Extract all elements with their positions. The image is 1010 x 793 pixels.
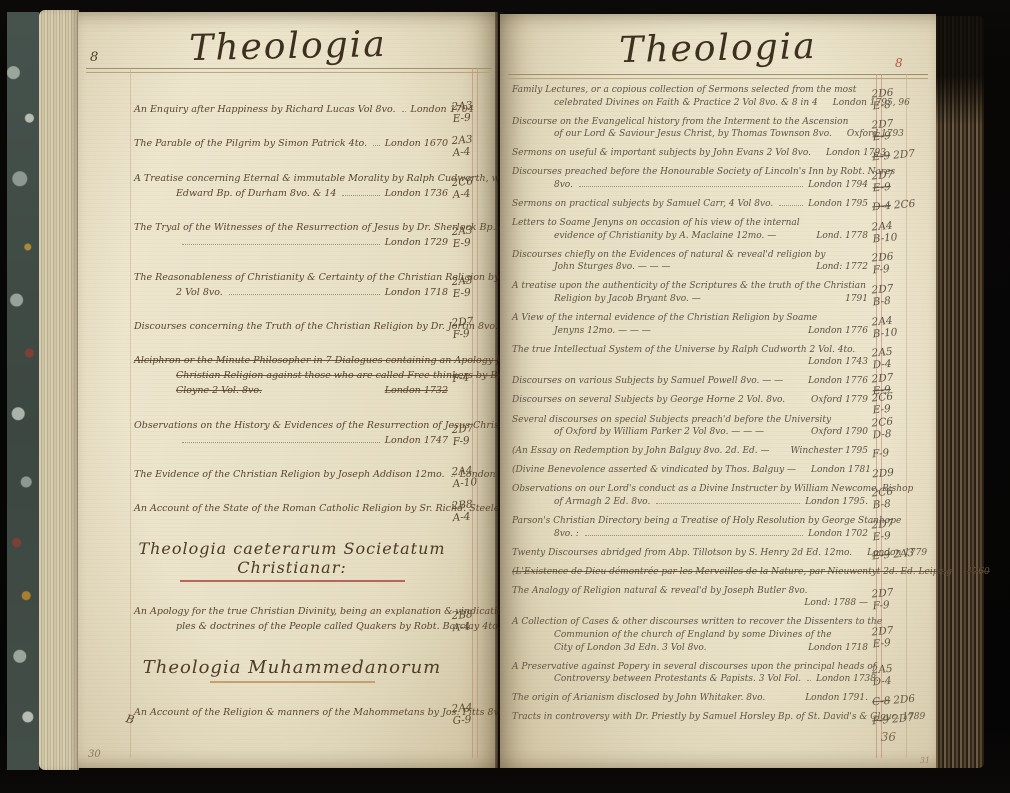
shelf-mark-value: A-4 — [452, 187, 471, 201]
dotted-leader — [229, 294, 380, 295]
section-heading: Theologia Muhammedanorum — [134, 657, 450, 683]
entry-text: Discourses on several Subjects by George… — [512, 394, 785, 407]
catalog-entry: Sermons on practical subjects by Samuel … — [512, 198, 870, 211]
dotted-leader — [861, 351, 865, 352]
dotted-leader — [854, 123, 865, 124]
section-heading-text: Theologia Muhammedanorum — [134, 657, 450, 678]
entry-line: Sermons on useful & important subjects b… — [512, 147, 870, 160]
dotted-leader — [402, 111, 406, 112]
catalog-entry: The origin of Arianism disclosed by John… — [512, 692, 870, 705]
catalog-entry: An Apology for the true Christian Divini… — [134, 604, 450, 634]
dotted-leader — [770, 433, 806, 434]
dotted-leader — [782, 237, 811, 238]
shelf-mark-value: 2D7 — [892, 711, 915, 725]
entry-text: Observations on our Lord's conduct as a … — [512, 483, 913, 496]
entry-place-date: London 1781 — [811, 464, 871, 477]
entry-line: The Tryal of the Witnesses of the Resurr… — [134, 220, 450, 235]
left-page-number: 8 — [90, 50, 98, 65]
dotted-leader — [707, 300, 840, 301]
entry-text: A treatise upon the authenticity of the … — [512, 280, 866, 293]
catalog-entry: Letters to Soame Jenyns on occasion of h… — [512, 217, 870, 242]
entry-line: Discourses concerning the Truth of the C… — [134, 319, 450, 334]
left-ink-mark: B — [125, 712, 136, 727]
entry-place-date: Winchester 1795 — [790, 445, 868, 458]
left-page-title: Theologia — [78, 22, 499, 72]
dotted-leader — [560, 363, 803, 364]
shelf-mark: 2D7F-9 — [871, 583, 929, 612]
entry-text: A View of the internal evidence of the C… — [512, 312, 817, 325]
entry-text: Several discourses on special Subjects p… — [512, 414, 831, 427]
catalog-entry: The Tryal of the Witnesses of the Resurr… — [134, 220, 450, 250]
right-page-title: Theologia — [500, 23, 937, 73]
entry-line: Discourses on various Subjects by Samuel… — [512, 375, 870, 388]
entry-text: A Collection of Cases & other discourses… — [512, 616, 882, 629]
catalog-entry: A treatise upon the authenticity of the … — [512, 280, 870, 305]
shelf-mark-value: F-9 — [452, 328, 470, 341]
entry-place-date: London 1776 — [808, 375, 868, 388]
dotted-leader — [838, 135, 842, 136]
dotted-leader — [791, 401, 806, 402]
entry-place-date: London 1743 — [808, 356, 868, 369]
entry-text: The origin of Arianism disclosed by John… — [512, 692, 765, 705]
entry-line: The true Intellectual System of the Univ… — [512, 344, 870, 357]
entry-text: An Enquiry after Happiness by Richard Lu… — [134, 102, 396, 117]
shelf-mark-value: 2A3 — [893, 547, 915, 561]
entry-place-date: London 1794 — [808, 179, 868, 192]
dotted-leader — [958, 573, 962, 574]
entry-line: Cloyne 2 Vol. 8vo.London 1732 — [134, 383, 450, 398]
entry-line: evidence of Christianity by A. Maclaine … — [512, 230, 870, 243]
dotted-leader — [713, 649, 804, 650]
left-entry-list: An Enquiry after Happiness by Richard Lu… — [134, 102, 450, 720]
entry-place-date: London 1736 — [385, 186, 448, 201]
catalog-entry: An Enquiry after Happiness by Richard Lu… — [134, 102, 450, 117]
entry-line: Communion of the church of England by so… — [512, 629, 870, 642]
entry-line: Discourse on the Evangelical history fro… — [512, 116, 870, 129]
catalog-entry: (An Essay on Redemption by John Balguy 8… — [512, 445, 870, 458]
entry-line: The Parable of the Pilgrim by Simon Patr… — [134, 136, 450, 151]
entry-text: A Preservative against Popery in several… — [512, 661, 876, 674]
margin-rule — [130, 68, 131, 758]
dotted-leader — [776, 452, 786, 453]
entry-text: Twenty Discourses abridged from Abp. Til… — [512, 547, 852, 560]
entry-place-date: London 1702 — [808, 528, 868, 541]
entry-line: (An Essay on Redemption by John Balguy 8… — [512, 445, 870, 458]
entry-line: A Treatise concerning Eternal & immutabl… — [134, 171, 450, 186]
header-rule — [86, 68, 492, 73]
entry-place-date: Lond. 1778 — [816, 230, 868, 243]
entry-line: of our Lord & Saviour Jesus Christ, by T… — [512, 128, 870, 141]
entry-line: Discourses preached before the Honourabl… — [512, 166, 870, 179]
dotted-leader — [823, 319, 865, 320]
catalog-entry: The Analogy of Religion natural & reveal… — [512, 585, 870, 610]
entry-line: An Account of the State of the Roman Cat… — [134, 501, 450, 516]
dotted-leader — [814, 592, 866, 593]
entry-line: Alciphron or the Minute Philosopher in 7… — [134, 353, 450, 368]
entry-line: Sermons on practical subjects by Samuel … — [512, 198, 870, 211]
catalog-entry: The Parable of the Pilgrim by Simon Patr… — [134, 136, 450, 151]
entry-text: Communion of the church of England by so… — [554, 629, 832, 642]
dotted-leader — [771, 699, 800, 700]
right-corner-note: 31 — [920, 756, 930, 765]
entry-text: Religion by Jacob Bryant 8vo. — — [554, 293, 701, 306]
entry-text: The true Intellectual System of the Univ… — [512, 344, 855, 357]
shelf-mark-value: A-4 — [452, 510, 471, 524]
dotted-leader — [862, 91, 866, 92]
shelf-mark-value: B-8 — [872, 295, 891, 309]
entry-place-date: London 1776 — [808, 325, 868, 338]
catalog-entry: Several discourses on special Subjects p… — [512, 414, 870, 439]
entry-line: Observations on the History & Evidences … — [134, 418, 450, 433]
entry-line: City of London 3d Edn. 3 Vol 8vo.London … — [512, 642, 870, 655]
heading-underline — [180, 580, 405, 582]
catalog-entry: Twenty Discourses abridged from Abp. Til… — [512, 547, 870, 560]
entry-line: Controversy between Protestants & Papist… — [512, 673, 870, 686]
catalog-entry: Family Lectures, or a copious collection… — [512, 84, 870, 109]
entry-line: An Account of the Religion & manners of … — [134, 705, 450, 720]
entry-line: Tracts in controversy with Dr. Priestly … — [512, 711, 870, 724]
shelf-mark: 2D6F-9 — [871, 247, 929, 276]
shelf-mark-value: F-9 — [872, 447, 890, 460]
shelf-mark: 2D7E-9 — [871, 114, 929, 143]
dotted-leader — [807, 680, 811, 681]
heading-underline — [210, 681, 375, 683]
shelf-mark-value: E-9 — [872, 637, 891, 651]
entry-place-date: London 1670 — [385, 136, 448, 151]
catalog-entry: An Account of the State of the Roman Cat… — [134, 501, 450, 516]
dotted-leader — [858, 554, 862, 555]
dotted-leader — [560, 604, 799, 605]
dotted-leader — [656, 503, 800, 504]
shelf-mark: 2C6B-8 — [871, 481, 929, 510]
entry-text: Sermons on useful & important subjects b… — [512, 147, 811, 160]
entry-text: City of London 3d Edn. 3 Vol 8vo. — [554, 642, 707, 655]
entry-line: A View of the internal evidence of the C… — [512, 312, 870, 325]
entry-text: Discourse on the Evangelical history fro… — [512, 116, 848, 129]
shelf-mark-value: E-9 — [872, 549, 891, 563]
dotted-leader — [837, 421, 865, 422]
catalog-entry: A View of the internal evidence of the C… — [512, 312, 870, 337]
entry-place-date: Lond: 1788 — — [804, 597, 868, 610]
shelf-mark-value: E-9 — [452, 237, 471, 251]
entry-text: (L'Existence de Dieu démontrée par les M… — [512, 566, 952, 579]
dotted-leader — [802, 471, 806, 472]
shelf-mark-value: D-8 — [872, 428, 892, 442]
entry-text: of Oxford by William Parker 2 Vol 8vo. —… — [554, 426, 764, 439]
shelf-mark-value: A-4 — [452, 621, 471, 635]
entry-line: ples & doctrines of the People called Qu… — [134, 619, 450, 634]
entry-line: Twenty Discourses abridged from Abp. Til… — [512, 547, 870, 560]
entry-line: The Analogy of Religion natural & reveal… — [512, 585, 870, 598]
entry-line: The origin of Arianism disclosed by John… — [512, 692, 870, 705]
dotted-leader — [817, 154, 821, 155]
catalog-entry: A Treatise concerning Eternal & immutabl… — [134, 171, 450, 201]
entry-line: of Oxford by William Parker 2 Vol 8vo. —… — [512, 426, 870, 439]
shelf-mark: 2D7E-9 — [871, 513, 929, 542]
entry-line: of Armagh 2 Ed. 8vo.London 1795. — [512, 496, 870, 509]
shelf-mark-value: E-9 — [452, 111, 471, 125]
right-page-number: 8 — [895, 56, 903, 70]
entry-line: Jenyns 12mo. — — —London 1776 — [512, 325, 870, 338]
entry-place-date: Oxford 1790 — [811, 426, 868, 439]
shelf-mark-value: E-9 — [872, 181, 891, 195]
catalog-entry: Observations on our Lord's conduct as a … — [512, 483, 870, 508]
shelf-mark-value: E-9 — [452, 286, 471, 300]
shelf-mark-value: E-9 — [872, 529, 891, 543]
entry-line: London 1747 — [134, 433, 450, 448]
dotted-leader — [779, 205, 803, 206]
shelf-mark-value: 2D7 — [893, 147, 916, 161]
shelf-mark-value: F-9 — [872, 599, 890, 612]
entry-text: Family Lectures, or a copious collection… — [512, 84, 856, 97]
entry-place-date: London 1795 — [808, 198, 868, 211]
entry-line: Lond: 1788 — — [512, 597, 870, 610]
dotted-leader — [789, 382, 803, 383]
entry-text: Tracts in controversy with Dr. Priestly … — [512, 711, 925, 724]
section-heading: Theologia caeterarum Societatum Christia… — [134, 539, 450, 582]
shelf-mark: 2A4B-10 — [871, 310, 929, 339]
entry-text: Sermons on practical subjects by Samuel … — [512, 198, 773, 211]
shelf-mark-value: B-10 — [872, 231, 898, 245]
dotted-leader — [268, 392, 380, 393]
entry-line: Edward Bp. of Durham 8vo. & 14London 173… — [134, 186, 450, 201]
entry-text: Discourses chiefly on the Evidences of n… — [512, 249, 825, 262]
header-rule — [508, 74, 928, 79]
entry-line: An Enquiry after Happiness by Richard Lu… — [134, 102, 450, 117]
shelf-mark-value: 2D6 — [893, 692, 916, 706]
entry-line: (L'Existence de Dieu démontrée par les M… — [512, 566, 870, 579]
entry-place-date: London 1732 — [385, 383, 448, 398]
shelf-mark-value: D-4 — [872, 675, 892, 689]
dotted-leader — [182, 244, 380, 245]
entry-place-date: London 1729 — [385, 235, 448, 250]
dotted-leader — [838, 636, 865, 637]
catalog-entry: (Divine Benevolence asserted & vindicate… — [512, 464, 870, 477]
section-heading-text: Theologia caeterarum Societatum Christia… — [134, 539, 450, 577]
shelf-mark-value: 2D9 — [872, 466, 895, 480]
entry-line: 8vo. :London 1702 — [512, 528, 870, 541]
entry-text: Alciphron or the Minute Philosopher in 7… — [134, 353, 529, 368]
dotted-leader — [342, 195, 379, 196]
catalog-entry: A Collection of Cases & other discourses… — [512, 616, 870, 654]
entry-text: evidence of Christianity by A. Maclaine … — [554, 230, 776, 243]
entry-line: 8vo.London 1794 — [512, 179, 870, 192]
shelf-mark: 2D7E-9 — [871, 165, 929, 194]
catalog-entry: Discourses on various Subjects by Samuel… — [512, 375, 870, 388]
left-page: Theologia 8 An Enquiry after Happiness b… — [78, 12, 498, 768]
entry-line: An Apology for the true Christian Divini… — [134, 604, 450, 619]
entry-place-date: London 1738. — [816, 673, 879, 686]
entry-text: Discourses preached before the Honourabl… — [512, 166, 895, 179]
entry-text: of Armagh 2 Ed. 8vo. — [554, 496, 650, 509]
shelf-mark: 2A5D-4 — [871, 659, 929, 688]
entry-line: London 1729 — [134, 235, 450, 250]
shelf-mark-value: G-9 — [452, 714, 472, 728]
entry-line: The Evidence of the Christian Religion b… — [134, 467, 450, 482]
entry-line: A Preservative against Popery in several… — [512, 661, 870, 674]
entry-line: Christian Religion against those who are… — [134, 368, 450, 383]
entry-line: Several discourses on special Subjects p… — [512, 414, 870, 427]
catalog-entry: Discourses chiefly on the Evidences of n… — [512, 249, 870, 274]
catalog-entry: Discourses on several Subjects by George… — [512, 394, 870, 407]
entry-text: Edward Bp. of Durham 8vo. & 14 — [176, 186, 336, 201]
shelf-mark: 2A4B-10 — [871, 215, 929, 244]
fore-edge-right — [936, 16, 984, 768]
shelf-mark: 2D6E-8 — [871, 82, 929, 111]
entry-place-date: Oxford 1779 — [811, 394, 868, 407]
entry-line: celebrated Divines on Faith & Practice 2… — [512, 97, 870, 110]
entry-line: John Sturges 8vo. — — —Lond: 1772 — [512, 261, 870, 274]
marbled-board — [7, 12, 39, 770]
entry-text: 8vo. — [554, 179, 573, 192]
shelf-mark-value: E-8 — [872, 98, 891, 112]
dotted-leader — [676, 268, 811, 269]
entry-line: A Collection of Cases & other discourses… — [512, 616, 870, 629]
entry-text: Parson's Christian Directory being a Tre… — [512, 515, 901, 528]
shelf-mark-value: A-4 — [452, 145, 471, 159]
book-scan: Theologia 8 An Enquiry after Happiness b… — [0, 0, 1010, 793]
entry-place-date: London 1718 — [808, 642, 868, 655]
entry-line: The Reasonableness of Christianity & Cer… — [134, 270, 450, 285]
entry-text: (An Essay on Redemption by John Balguy 8… — [512, 445, 770, 458]
entry-line: A treatise upon the authenticity of the … — [512, 280, 870, 293]
entry-text: Jenyns 12mo. — — — — [554, 325, 651, 338]
shelf-mark-value: F-4 — [452, 371, 470, 384]
entry-line: Observations on our Lord's conduct as a … — [512, 483, 870, 496]
entry-line: Family Lectures, or a copious collection… — [512, 84, 870, 97]
left-corner-note: 30 — [88, 749, 101, 760]
shelf-mark-value: F-9 — [452, 434, 470, 447]
shelf-mark-value: E-9 — [872, 130, 891, 144]
entry-line: (Divine Benevolence asserted & vindicate… — [512, 464, 870, 477]
entry-text: Letters to Soame Jenyns on occasion of h… — [512, 217, 800, 230]
catalog-entry: A Preservative against Popery in several… — [512, 661, 870, 686]
catalog-entry: (L'Existence de Dieu démontrée par les M… — [512, 566, 870, 579]
entry-place-date: London 1747 — [385, 433, 448, 448]
dotted-leader — [831, 256, 865, 257]
shelf-mark-value: 2C6 — [893, 198, 915, 212]
entry-text: The Parable of the Pilgrim by Simon Patr… — [134, 136, 367, 151]
right-entry-list: Family Lectures, or a copious collection… — [512, 84, 870, 724]
shelf-mark-value: D-4 — [872, 200, 892, 214]
shelf-mark: 2A5D-4 — [871, 342, 929, 371]
shelf-mark: 2C6E-9 — [871, 386, 929, 415]
shelf-mark-value: E-9 — [872, 149, 891, 163]
catalog-entry: Observations on the History & Evidences … — [134, 418, 450, 448]
entry-place-date: 1791 — [845, 293, 868, 306]
entry-text: Controversy between Protestants & Papist… — [554, 673, 801, 686]
entry-text: Discourses concerning the Truth of the C… — [134, 319, 498, 334]
dotted-leader — [806, 224, 865, 225]
entry-place-date: London 1718 — [385, 285, 448, 300]
dotted-leader — [657, 332, 803, 333]
entry-line: Discourses on several Subjects by George… — [512, 394, 870, 407]
entry-text: 2 Vol 8vo. — [176, 285, 223, 300]
shelf-mark: 2C6D-8 — [871, 412, 929, 441]
catalog-entry: An Account of the Religion & manners of … — [134, 705, 450, 720]
shelf-mark-value: F-9 — [872, 263, 890, 276]
entry-line: 2 Vol 8vo.London 1718 — [134, 285, 450, 300]
shelf-mark-value: B-10 — [872, 326, 898, 340]
right-page: Theologia 8 Family Lectures, or a copiou… — [500, 14, 936, 768]
shelf-mark: 2D7B-8 — [871, 279, 929, 308]
shelf-mark-value: B-8 — [872, 498, 891, 512]
catalog-entry: The Reasonableness of Christianity & Cer… — [134, 270, 450, 300]
entry-line: Religion by Jacob Bryant 8vo. —1791 — [512, 293, 870, 306]
entry-line: Letters to Soame Jenyns on occasion of h… — [512, 217, 870, 230]
catalog-entry: Discourse on the Evangelical history fro… — [512, 116, 870, 141]
catalog-entry: Alciphron or the Minute Philosopher in 7… — [134, 353, 450, 398]
shelf-mark-value: D-4 — [872, 358, 892, 372]
catalog-entry: Discourses concerning the Truth of the C… — [134, 319, 450, 334]
entry-place-date: London 1791. — [805, 692, 868, 705]
catalog-entry: Tracts in controversy with Dr. Priestly … — [512, 711, 870, 724]
entry-text: The Evidence of the Christian Religion b… — [134, 467, 445, 482]
catalog-entry: Sermons on useful & important subjects b… — [512, 147, 870, 160]
dotted-leader — [579, 186, 803, 187]
dotted-leader — [373, 145, 380, 146]
entry-line: Parson's Christian Directory being a Tre… — [512, 515, 870, 528]
right-margin-note: 36 — [881, 730, 896, 744]
entry-text: (Divine Benevolence asserted & vindicate… — [512, 464, 796, 477]
catalog-entry: The Evidence of the Christian Religion b… — [134, 467, 450, 482]
catalog-entry: The true Intellectual System of the Univ… — [512, 344, 870, 369]
entry-place-date: London 1795. — [805, 496, 868, 509]
entry-text: of our Lord & Saviour Jesus Christ, by T… — [554, 128, 832, 141]
catalog-entry: Discourses preached before the Honourabl… — [512, 166, 870, 191]
catalog-entry: Parson's Christian Directory being a Tre… — [512, 515, 870, 540]
entry-text: Discourses on various Subjects by Samuel… — [512, 375, 783, 388]
entry-line: London 1743 — [512, 356, 870, 369]
shelf-mark: 2D7E-9 — [871, 621, 929, 650]
shelf-mark-value: C-8 — [872, 694, 891, 708]
entry-line: Discourses chiefly on the Evidences of n… — [512, 249, 870, 262]
entry-place-date: 1760 — [967, 566, 990, 579]
dotted-leader — [931, 718, 935, 719]
entry-place-date: Lond: 1772 — [816, 261, 868, 274]
entry-text: The Analogy of Religion natural & reveal… — [512, 585, 808, 598]
dotted-leader — [824, 104, 828, 105]
dotted-leader — [585, 535, 803, 536]
entry-text: John Sturges 8vo. — — — — [554, 261, 670, 274]
entry-text: 8vo. : — [554, 528, 579, 541]
shelf-mark-value: F-9 — [872, 714, 890, 727]
page-edges-left — [39, 10, 79, 770]
entry-text: celebrated Divines on Faith & Practice 2… — [554, 97, 818, 110]
entry-text: Cloyne 2 Vol. 8vo. — [176, 383, 262, 398]
dotted-leader — [182, 442, 380, 443]
shelf-mark-value: A-10 — [452, 476, 477, 490]
